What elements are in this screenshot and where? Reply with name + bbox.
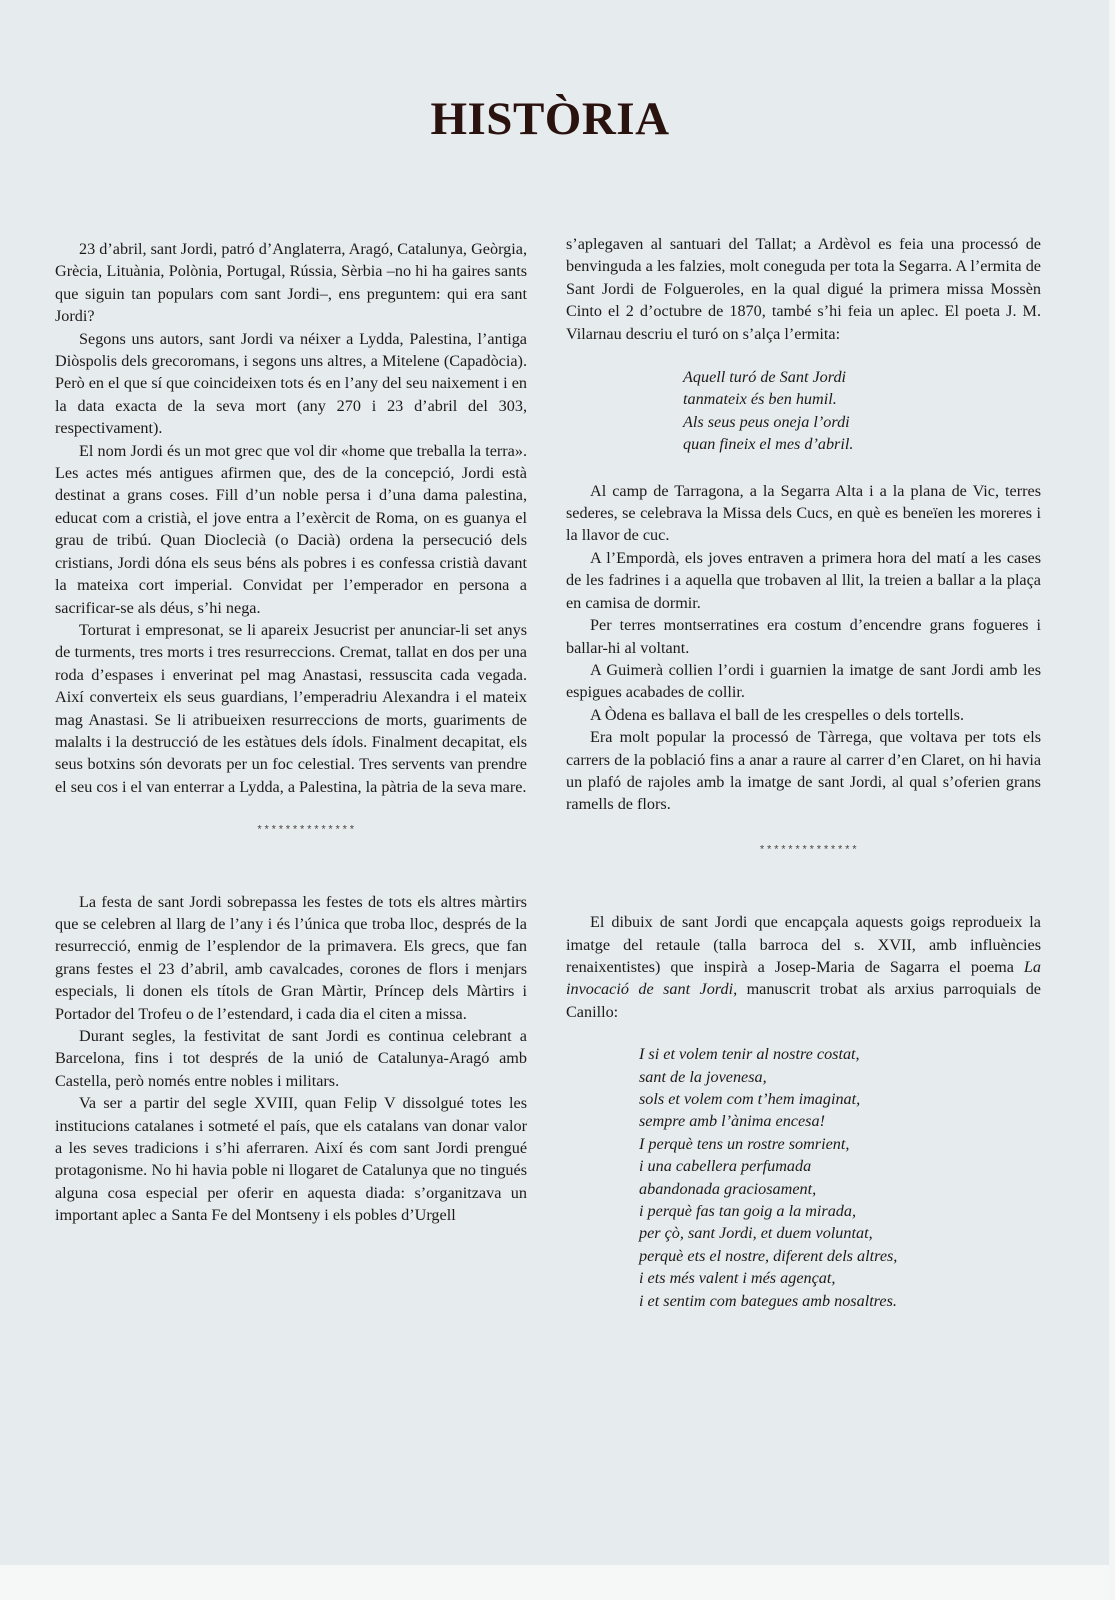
text: El dibuix de sant Jordi que encapçala aq… [566,913,1041,976]
scanned-page: HISTÒRIA 23 d’abril, sant Jordi, patró d… [0,0,1109,1565]
verse-sagarra: I si et volem tenir al nostre costat, sa… [566,1043,1041,1312]
page-edge [1109,0,1115,1600]
paragraph: A l’Empordà, els joves entraven a primer… [566,547,1041,614]
paragraph: Segons uns autors, sant Jordi va néixer … [55,328,527,440]
verse-line: Aquell turó de Sant Jordi [683,366,1041,388]
verse-vilarnau: Aquell turó de Sant Jordi tanmateix és b… [566,366,1041,456]
left-column: 23 d’abril, sant Jordi, patró d’Anglater… [55,238,527,1227]
verse-line: quan fineix el mes d’abril. [683,433,1041,455]
paragraph: A Òdena es ballava el ball de les crespe… [566,704,1041,726]
paragraph: La festa de sant Jordi sobrepassa les fe… [55,891,527,1025]
verse-line: perquè ets el nostre, diferent dels altr… [639,1245,1041,1267]
right-column: s’aplegaven al santuari del Tallat; a Ar… [566,233,1041,1312]
section-separator: ************** [566,840,1041,862]
verse-line: i ets més valent i més agençat, [639,1267,1041,1289]
verse-line: sols et volem com t’hem imaginat, [639,1088,1041,1110]
verse-line: I si et volem tenir al nostre costat, [639,1043,1041,1065]
paragraph: Era molt popular la processó de Tàrrega,… [566,726,1041,816]
verse-line: i et sentim com bategues amb nosaltres. [639,1290,1041,1312]
paragraph: Per terres montserratines era costum d’e… [566,614,1041,659]
page-title: HISTÒRIA [0,92,1100,146]
verse-line: i una cabellera perfumada [639,1155,1041,1177]
section-separator: ************** [55,820,527,842]
verse-line: i perquè fas tan goig a la mirada, [639,1200,1041,1222]
paragraph: El nom Jordi és un mot grec que vol dir … [55,440,527,619]
paragraph: Va ser a partir del segle XVIII, quan Fe… [55,1092,527,1226]
verse-line: Als seus peus oneja l’ordi [683,411,1041,433]
verse-line: abandonada graciosament, [639,1178,1041,1200]
verse-line: I perquè tens un rostre somrient, [639,1133,1041,1155]
verse-line: sant de la jovenesa, [639,1066,1041,1088]
paragraph: A Guimerà collien l’ordi i guarnien la i… [566,659,1041,704]
paragraph-continuation: s’aplegaven al santuari del Tallat; a Ar… [566,233,1041,345]
verse-line: sempre amb l’ànima encesa! [639,1110,1041,1132]
paragraph: Durant segles, la festivitat de sant Jor… [55,1025,527,1092]
paragraph: Torturat i empresonat, se li apareix Jes… [55,619,527,798]
paragraph: 23 d’abril, sant Jordi, patró d’Anglater… [55,238,527,328]
verse-line: per çò, sant Jordi, et duem voluntat, [639,1222,1041,1244]
paragraph: Al camp de Tarragona, a la Segarra Alta … [566,480,1041,547]
paragraph-drawing: El dibuix de sant Jordi que encapçala aq… [566,911,1041,1023]
verse-line: tanmateix és ben humil. [683,388,1041,410]
